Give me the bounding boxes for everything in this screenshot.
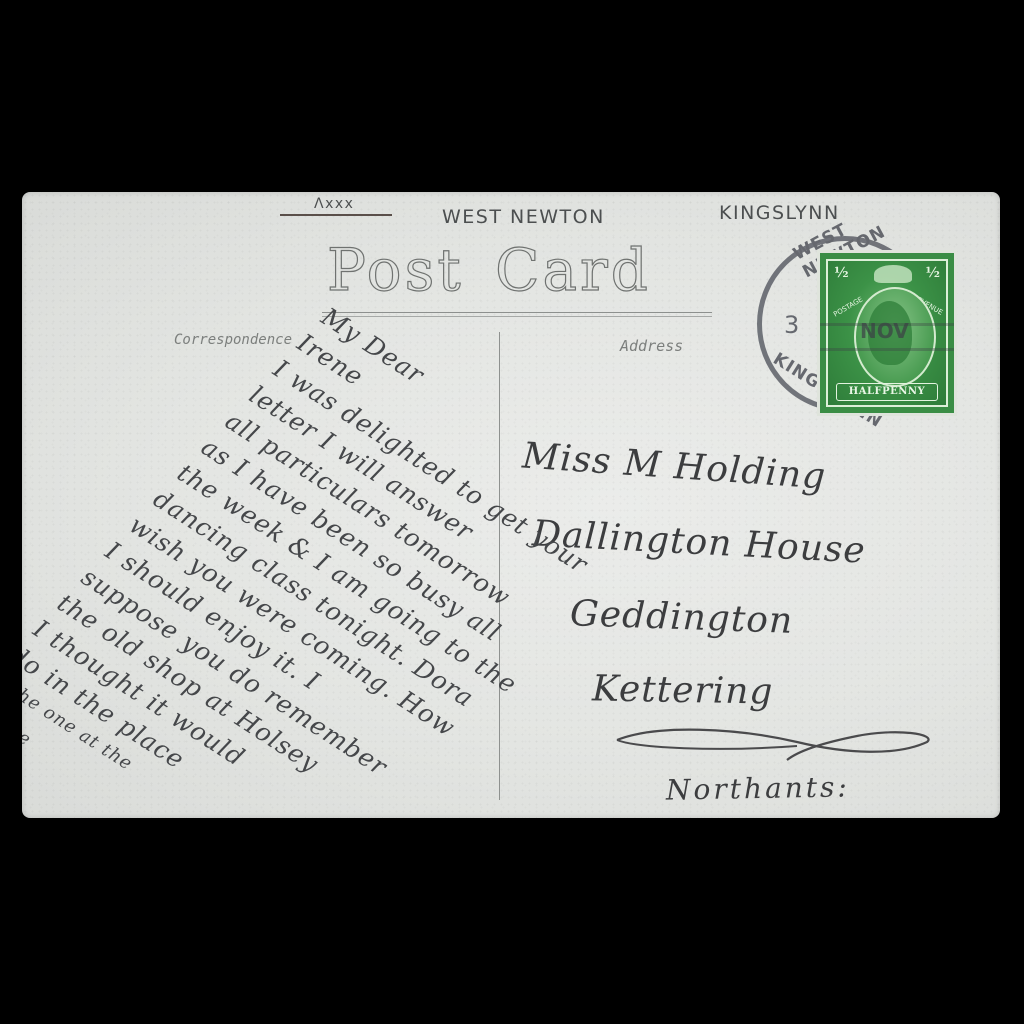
photo-background: Λxxx WEST NEWTON KINGSLYNN Post Card Cor… — [0, 0, 1024, 1024]
address-village: Geddington — [569, 593, 794, 642]
correspondence-message: My DearIreneI was delighted to get yourl… — [22, 192, 542, 818]
address-town: Kettering — [592, 668, 774, 712]
crown-icon — [874, 265, 912, 283]
cancel-bars — [820, 323, 954, 351]
flourish-underline — [597, 722, 937, 762]
address-label: Address — [620, 337, 683, 355]
pencil-note-town: KINGSLYNN — [719, 202, 840, 224]
postmark-day: 3 — [784, 311, 799, 339]
stamp-value-right: ½ — [925, 265, 940, 281]
postcard: Λxxx WEST NEWTON KINGSLYNN Post Card Cor… — [22, 192, 1000, 818]
halfpenny-stamp: ½ ½ POSTAGE REVENUE HALFPENNY NOV — [820, 253, 954, 413]
stamp-denomination: HALFPENNY — [836, 383, 938, 401]
stamp-value-left: ½ — [834, 265, 849, 281]
address-recipient: Miss M Holding — [521, 435, 828, 497]
address-county: Northants: — [666, 770, 850, 806]
